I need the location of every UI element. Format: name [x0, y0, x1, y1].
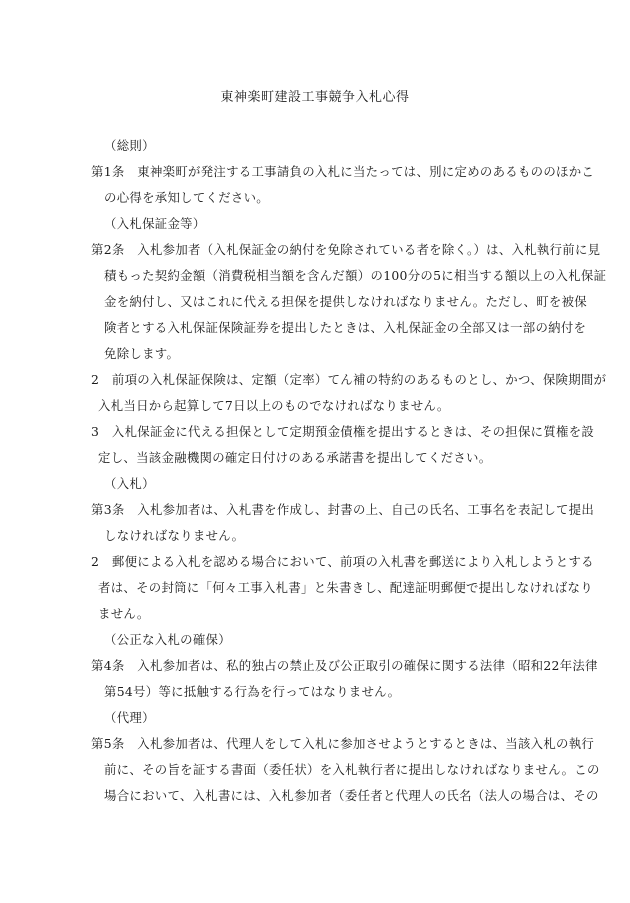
article-line: 者は、その封筒に「何々工事入札書」と朱書きし、配達証明郵便で提出しなければなり — [91, 580, 558, 596]
article-line: 入札当日から起算して7日以上のものでなければなりません。 — [91, 398, 558, 414]
article-line: 険者とする入札保証保険証券を提出したときは、入札保証金の全部又は一部の納付を — [91, 320, 564, 336]
article-line: 前に、その旨を証する書面（委任状）を入札執行者に提出しなければなりません。この — [91, 762, 564, 778]
document-title: 東神楽町建設工事競争入札心得 — [0, 86, 630, 105]
article-line: 第2条 入札参加者（入札保証金の納付を免除されている者を除く。）は、入札執行前に… — [91, 242, 551, 258]
article-line: 定し、当該金融機関の確定日付けのある承諾書を提出してください。 — [91, 450, 558, 466]
article-line: 免除します。 — [91, 346, 564, 362]
article-line: の心得を承知してください。 — [91, 190, 564, 206]
article-line: しなければなりません。 — [91, 528, 564, 544]
article-line: 3 入札保証金に代える担保として定期預金債権を提出するときは、その担保に質権を設 — [91, 424, 551, 440]
article-line: 積もった契約金額（消費税相当額を含んだ額）の100分の5に相当する額以上の入札保… — [91, 268, 564, 284]
document-page: 東神楽町建設工事競争入札心得 （総則） 第1条 東神楽町が発注する工事請負の入札… — [0, 0, 630, 903]
section-heading: （代理） — [91, 710, 564, 726]
article-line: 第54号）等に抵触する行為を行ってはなりません。 — [91, 684, 564, 700]
section-heading: （総則） — [91, 138, 564, 154]
article-line: 2 郵便による入札を認める場合において、前項の入札書を郵送により入札しようとする — [91, 554, 551, 570]
section-heading: （入札） — [91, 476, 564, 492]
section-heading: （公正な入札の確保） — [91, 632, 564, 648]
article-line: ません。 — [91, 606, 558, 622]
article-line: 第4条 入札参加者は、私的独占の禁止及び公正取引の確保に関する法律（昭和22年法… — [91, 658, 551, 674]
article-line: 2 前項の入札保証保険は、定額（定率）てん補の特約のあるものとし、かつ、保険期間… — [91, 372, 551, 388]
section-heading: （入札保証金等） — [91, 216, 564, 232]
article-line: 第3条 入札参加者は、入札書を作成し、封書の上、自己の氏名、工事名を表記して提出 — [91, 502, 551, 518]
article-line: 第5条 入札参加者は、代理人をして入札に参加させようとするときは、当該入札の執行 — [91, 736, 551, 752]
article-line: 金を納付し、又はこれに代える担保を提供しなければなりません。ただし、町を被保 — [91, 294, 564, 310]
article-line: 場合において、入札書には、入札参加者（委任者と代理人の氏名（法人の場合は、その — [91, 788, 564, 804]
article-line: 第1条 東神楽町が発注する工事請負の入札に当たっては、別に定めのあるもののほかこ — [91, 164, 551, 180]
